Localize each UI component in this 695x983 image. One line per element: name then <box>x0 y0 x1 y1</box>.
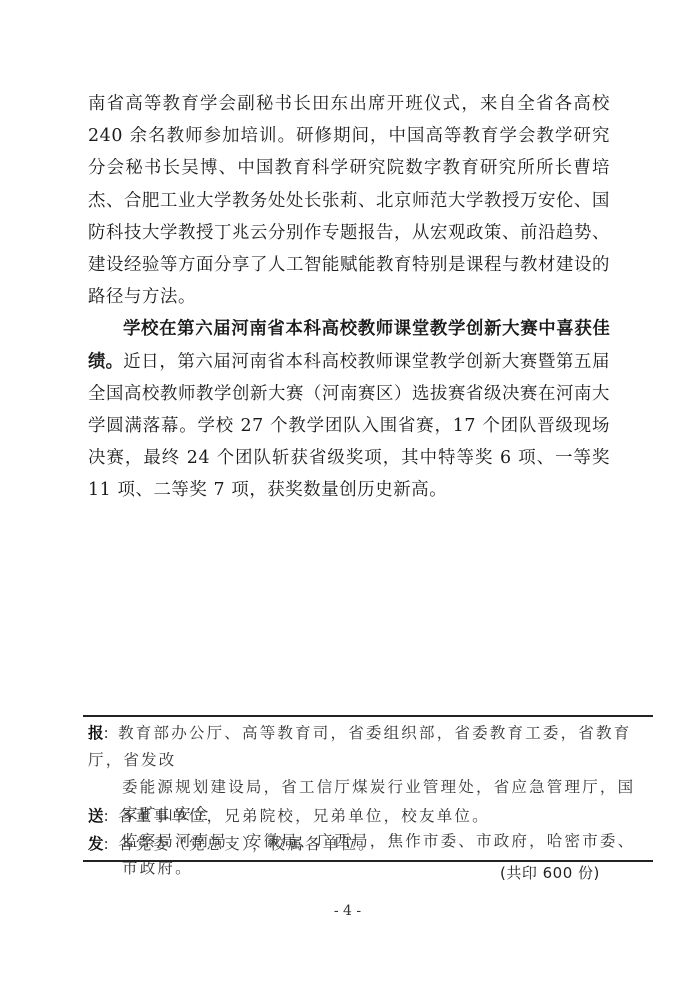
paragraph-text: 近日，第六届河南省本科高校教师课堂教学创新大赛暨第五届全国高校教师教学创新大赛（… <box>88 352 610 501</box>
send-text: 各董事单位，兄弟院校，兄弟单位，校友单位。 <box>118 807 490 825</box>
distribution-send: 送: 各董事单位，兄弟院校，兄弟单位，校友单位。 <box>88 803 648 830</box>
issue-text: 各党委（党总支），校属各单位。 <box>118 835 376 853</box>
document-page: 南省高等教育学会副秘书长田东出席开班仪式，来自全省各高校 240 余名教师参加培… <box>0 0 695 983</box>
body-text: 南省高等教育学会副秘书长田东出席开班仪式，来自全省各高校 240 余名教师参加培… <box>88 88 610 507</box>
send-label: 送 <box>88 807 104 825</box>
colon: : <box>104 807 111 825</box>
copies-count: (共印 600 份) <box>500 862 600 883</box>
paragraph-competition: 学校在第六届河南省本科高校教师课堂教学创新大赛中喜获佳绩。近日，第六届河南省本科… <box>88 313 610 506</box>
issue-label: 发 <box>88 835 104 853</box>
colon: : <box>104 724 111 742</box>
report-label: 报 <box>88 724 104 742</box>
top-divider <box>83 715 653 717</box>
report-line-1: 教育部办公厅、高等教育司，省委组织部，省委教育工委，省教育厅，省发改 <box>88 724 631 769</box>
distribution-issue: 发: 各党委（党总支），校属各单位。 <box>88 831 648 858</box>
colon: : <box>104 835 111 853</box>
page-number: - 4 - <box>0 903 695 919</box>
paragraph-continued: 南省高等教育学会副秘书长田东出席开班仪式，来自全省各高校 240 余名教师参加培… <box>88 88 610 313</box>
